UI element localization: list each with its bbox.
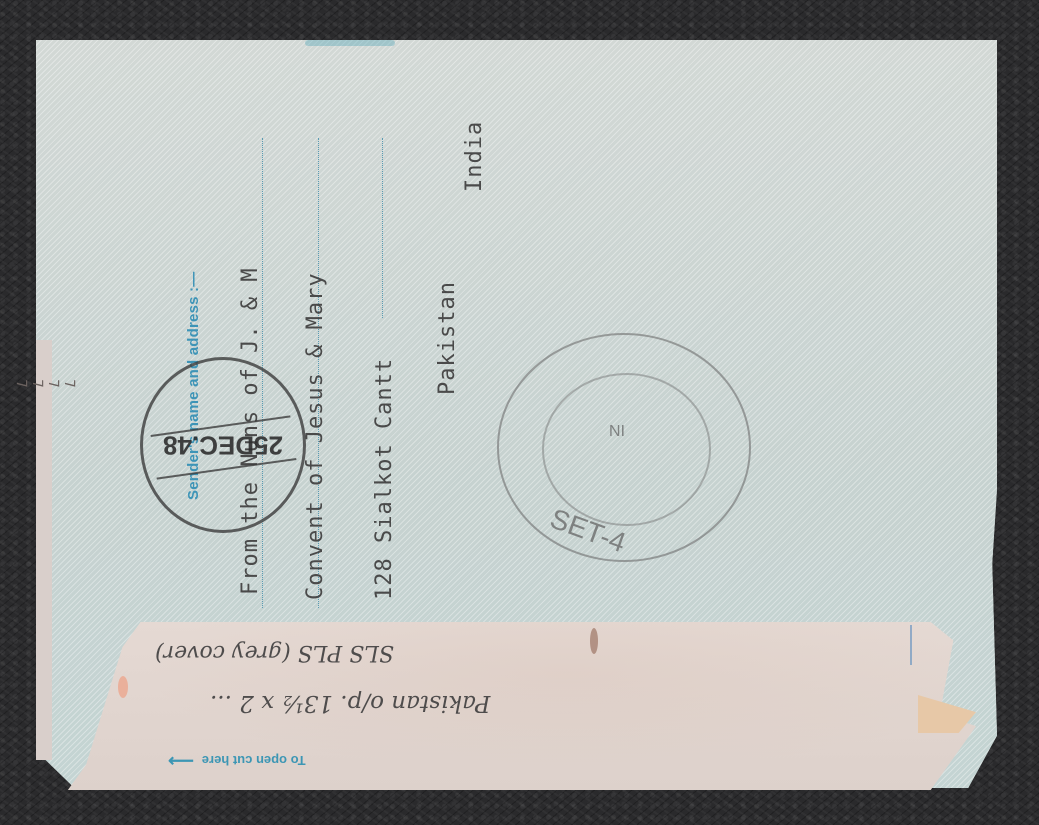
fold-mark <box>305 40 395 46</box>
origin-postmark: 25DEC.48 <box>140 357 306 533</box>
cut-here-text: To open cut here <box>202 754 306 769</box>
orange-stain <box>118 676 128 698</box>
address-line-3: 128 Sialkot Cantt <box>372 358 397 600</box>
handwritten-note-line1: Pakistan o/p. 13½ x 2 ... <box>210 690 490 716</box>
cut-here-instruction: To open cut here ⟶ <box>168 752 306 770</box>
left-edge-strip: ᒣ ᒣ ᒣ ᒣ <box>36 340 52 760</box>
address-guide-line-3 <box>382 138 384 318</box>
right-arrow-icon: ⟶ <box>168 752 194 770</box>
address-line-5: India <box>462 121 487 192</box>
transit-postmark-partial: IN <box>609 420 625 438</box>
side-strip-marks: ᒣ ᒣ ᒣ ᒣ <box>13 377 77 391</box>
transit-postmark: IN SET-4 <box>497 333 751 562</box>
postmark-date: 25DEC.48 <box>163 430 283 461</box>
transit-postmark-inner-ring <box>542 373 711 526</box>
brown-stain <box>590 628 598 654</box>
blue-pencil-mark <box>910 625 912 665</box>
address-line-4: Pakistan <box>435 281 460 395</box>
address-line-2: Convent of Jesus & Mary <box>303 272 328 600</box>
handwritten-note-line2: SLS PLS (grey cover) <box>155 640 394 665</box>
